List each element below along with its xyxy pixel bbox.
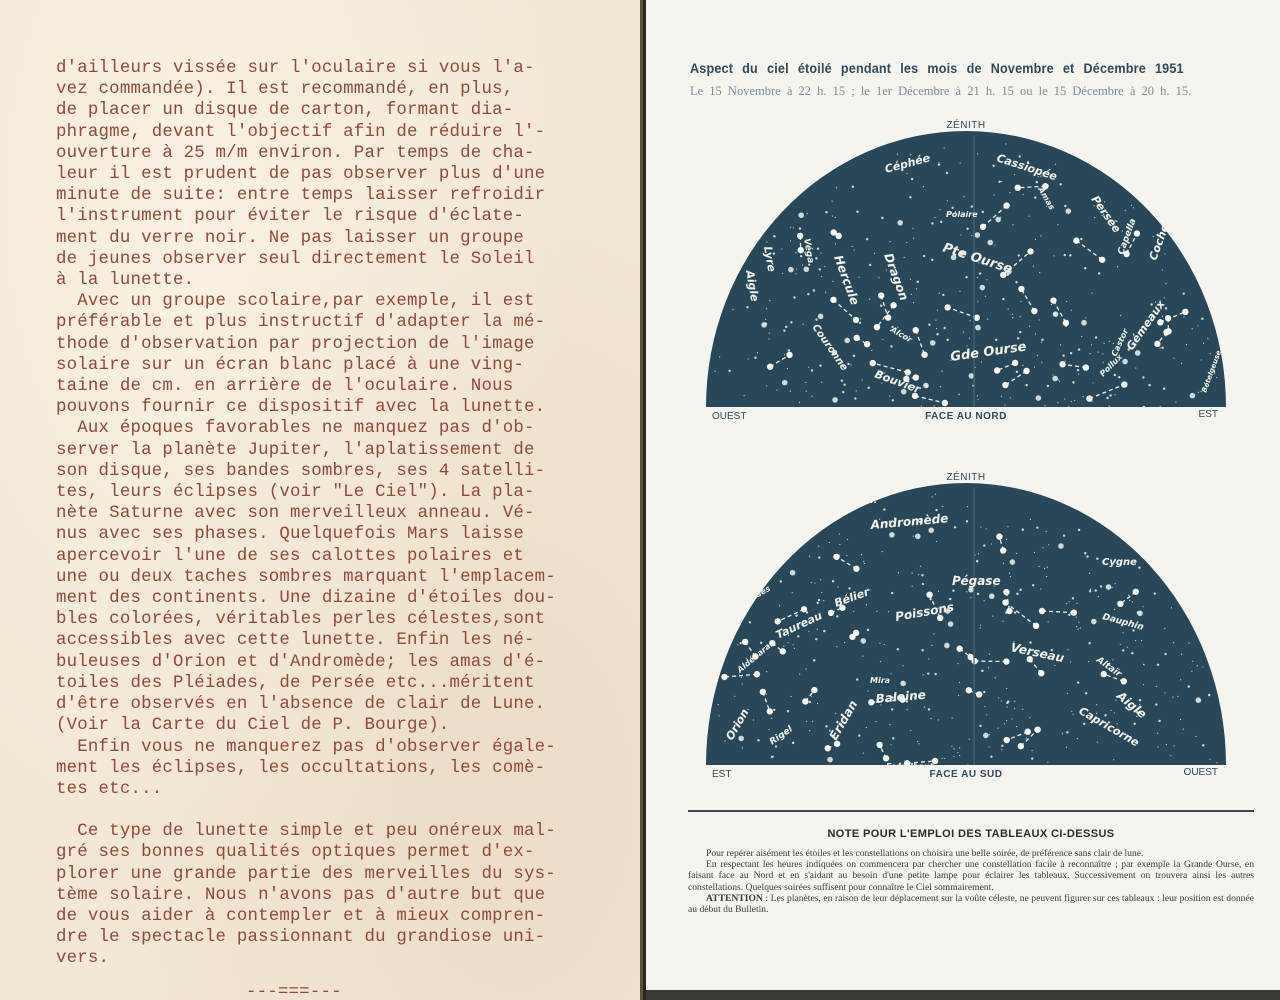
typed-line: server la planète Jupiter, l'aplatisseme…: [56, 440, 616, 461]
page-shadow: [646, 990, 1280, 1000]
typed-line: buleuses d'Orion et d'Andromède; les ama…: [56, 652, 616, 673]
typed-line: l'instrument pour éviter le risque d'écl…: [56, 206, 616, 227]
typed-line: de jeunes observer seul directement le S…: [56, 249, 616, 270]
typed-line: accessibles avec cette lunette. Enfin le…: [56, 630, 616, 651]
typed-line: Aux époques favorables ne manquez pas d'…: [56, 418, 616, 439]
constellation-label: Polaire: [946, 210, 978, 219]
constellation-label: Cygne: [1102, 557, 1137, 568]
constellation-label: Mira: [870, 676, 890, 685]
typed-line: une ou deux taches sombres marquant l'em…: [56, 567, 616, 588]
south-dome: Nèb.AndromèdePégaseCygnePléiadesBélierDa…: [706, 483, 1226, 765]
typed-line: de placer un disque de carton, formant d…: [56, 100, 616, 121]
typed-line: à la lunette.: [56, 270, 616, 291]
typed-line: plorer une grande partie des merveilles …: [56, 864, 616, 885]
note-divider: [688, 810, 1254, 812]
typed-line: préférable et plus instructif d'adapter …: [56, 312, 616, 333]
east-label: EST: [1199, 409, 1218, 420]
typed-line: apercevoir l'une de ses calottes polaire…: [56, 546, 616, 567]
typed-line: gré ses bonnes qualités optiques permet …: [56, 842, 616, 863]
note-paragraph: Pour repérer aisément les étoiles et les…: [688, 848, 1254, 859]
typed-line: ment du verre noir. Ne pas laisser un gr…: [56, 228, 616, 249]
west-label: OUEST: [1184, 767, 1218, 778]
zenith-label: ZÉNITH: [706, 120, 1226, 131]
typed-line: de vous aider à contempler et à mieux co…: [56, 906, 616, 927]
typed-line: tes, leurs éclipses (voir "Le Ciel"). La…: [56, 482, 616, 503]
separator: ---===---: [56, 982, 616, 1000]
typewritten-text: d'ailleurs vissée sur l'oculaire si vous…: [56, 58, 616, 1000]
right-page-star-charts: Aspect du ciel étoilé pendant les mois d…: [646, 0, 1280, 1000]
constellation-label: Pégase: [952, 574, 1001, 588]
zenith-label: ZÉNITH: [706, 472, 1226, 483]
facing-label: FACE AU NORD: [706, 411, 1226, 422]
page-subtitle: Le 15 Novembre à 22 h. 15 ; le 1er Décem…: [690, 84, 1191, 99]
left-page-typewritten: d'ailleurs vissée sur l'oculaire si vous…: [0, 0, 643, 1000]
typed-line: minute de suite: entre temps laisser ref…: [56, 185, 616, 206]
typed-line: ouverture à 25 m/m environ. Par temps de…: [56, 143, 616, 164]
typed-line: ment des continents. Une dizaine d'étoil…: [56, 588, 616, 609]
typed-line: phragme, devant l'objectif afin de rédui…: [56, 122, 616, 143]
typed-line: taine de cm. en arrière de l'oculaire. N…: [56, 376, 616, 397]
typed-line: nète Saturne avec son merveilleux anneau…: [56, 503, 616, 524]
south-star-chart: Nèb.AndromèdePégaseCygnePléiadesBélierDa…: [706, 483, 1226, 765]
typed-line: Ce type de lunette simple et peu onéreux…: [56, 821, 616, 842]
typed-line: Avec un groupe scolaire,par exemple, il …: [56, 291, 616, 312]
facing-label: FACE AU SUD: [706, 769, 1226, 780]
typed-line: vez commandée). Il est recommandé, en pl…: [56, 79, 616, 100]
north-star-chart: CygneCéphéeCassiopéeAmasPerséeAigleLyreV…: [706, 131, 1226, 407]
north-sky-map: ZÉNITH CygneCéphéeCassiopéeAmasPerséeAig…: [706, 120, 1226, 425]
typed-line: pouvons fournir ce dispositif avec la lu…: [56, 397, 616, 418]
note-paragraph: En respectant les heures indiquées on co…: [688, 859, 1254, 893]
note-title: NOTE POUR L'EMPLOI DES TABLEAUX CI-DESSU…: [688, 828, 1254, 840]
south-sky-map: ZÉNITH Nèb.AndromèdePégaseCygnePléiadesB…: [706, 472, 1226, 783]
typed-line: leur il est prudent de pas observer plus…: [56, 164, 616, 185]
typed-line: nus avec ses phases. Quelquefois Mars la…: [56, 524, 616, 545]
typed-line: (Voir la Carte du Ciel de P. Bourge).: [56, 715, 616, 736]
typed-line: thode d'observation par projection de l'…: [56, 334, 616, 355]
typed-line: tème solaire. Nous n'avons pas d'autre b…: [56, 885, 616, 906]
north-dome: CygneCéphéeCassiopéeAmasPerséeAigleLyreV…: [706, 131, 1226, 407]
typed-line: toiles des Pléiades, de Persée etc...mér…: [56, 673, 616, 694]
typed-line: tes etc...: [56, 779, 616, 800]
typed-line: vers.: [56, 948, 616, 969]
typed-line: d'ailleurs vissée sur l'oculaire si vous…: [56, 58, 616, 79]
typed-line: son disque, ses bandes sombres, ses 4 sa…: [56, 461, 616, 482]
typed-line: Enfin vous ne manquerez pas d'observer é…: [56, 737, 616, 758]
typed-line: bles colorées, véritables perles céleste…: [56, 609, 616, 630]
note-attention: ATTENTION : Les planètes, en raison de l…: [688, 893, 1254, 915]
page-title: Aspect du ciel étoilé pendant les mois d…: [690, 60, 1194, 76]
typed-line: d'être observés en l'absence de clair de…: [56, 694, 616, 715]
typed-line: dre le spectacle passionnant du grandios…: [56, 927, 616, 948]
attention-label: ATTENTION: [706, 893, 763, 904]
typed-line: ment les éclipses, les occultations, les…: [56, 758, 616, 779]
constellation-label: Nèb.: [856, 495, 877, 505]
typed-line: solaire sur un écran blanc placé à une v…: [56, 355, 616, 376]
note-body: Pour repérer aisément les étoiles et les…: [688, 848, 1254, 915]
